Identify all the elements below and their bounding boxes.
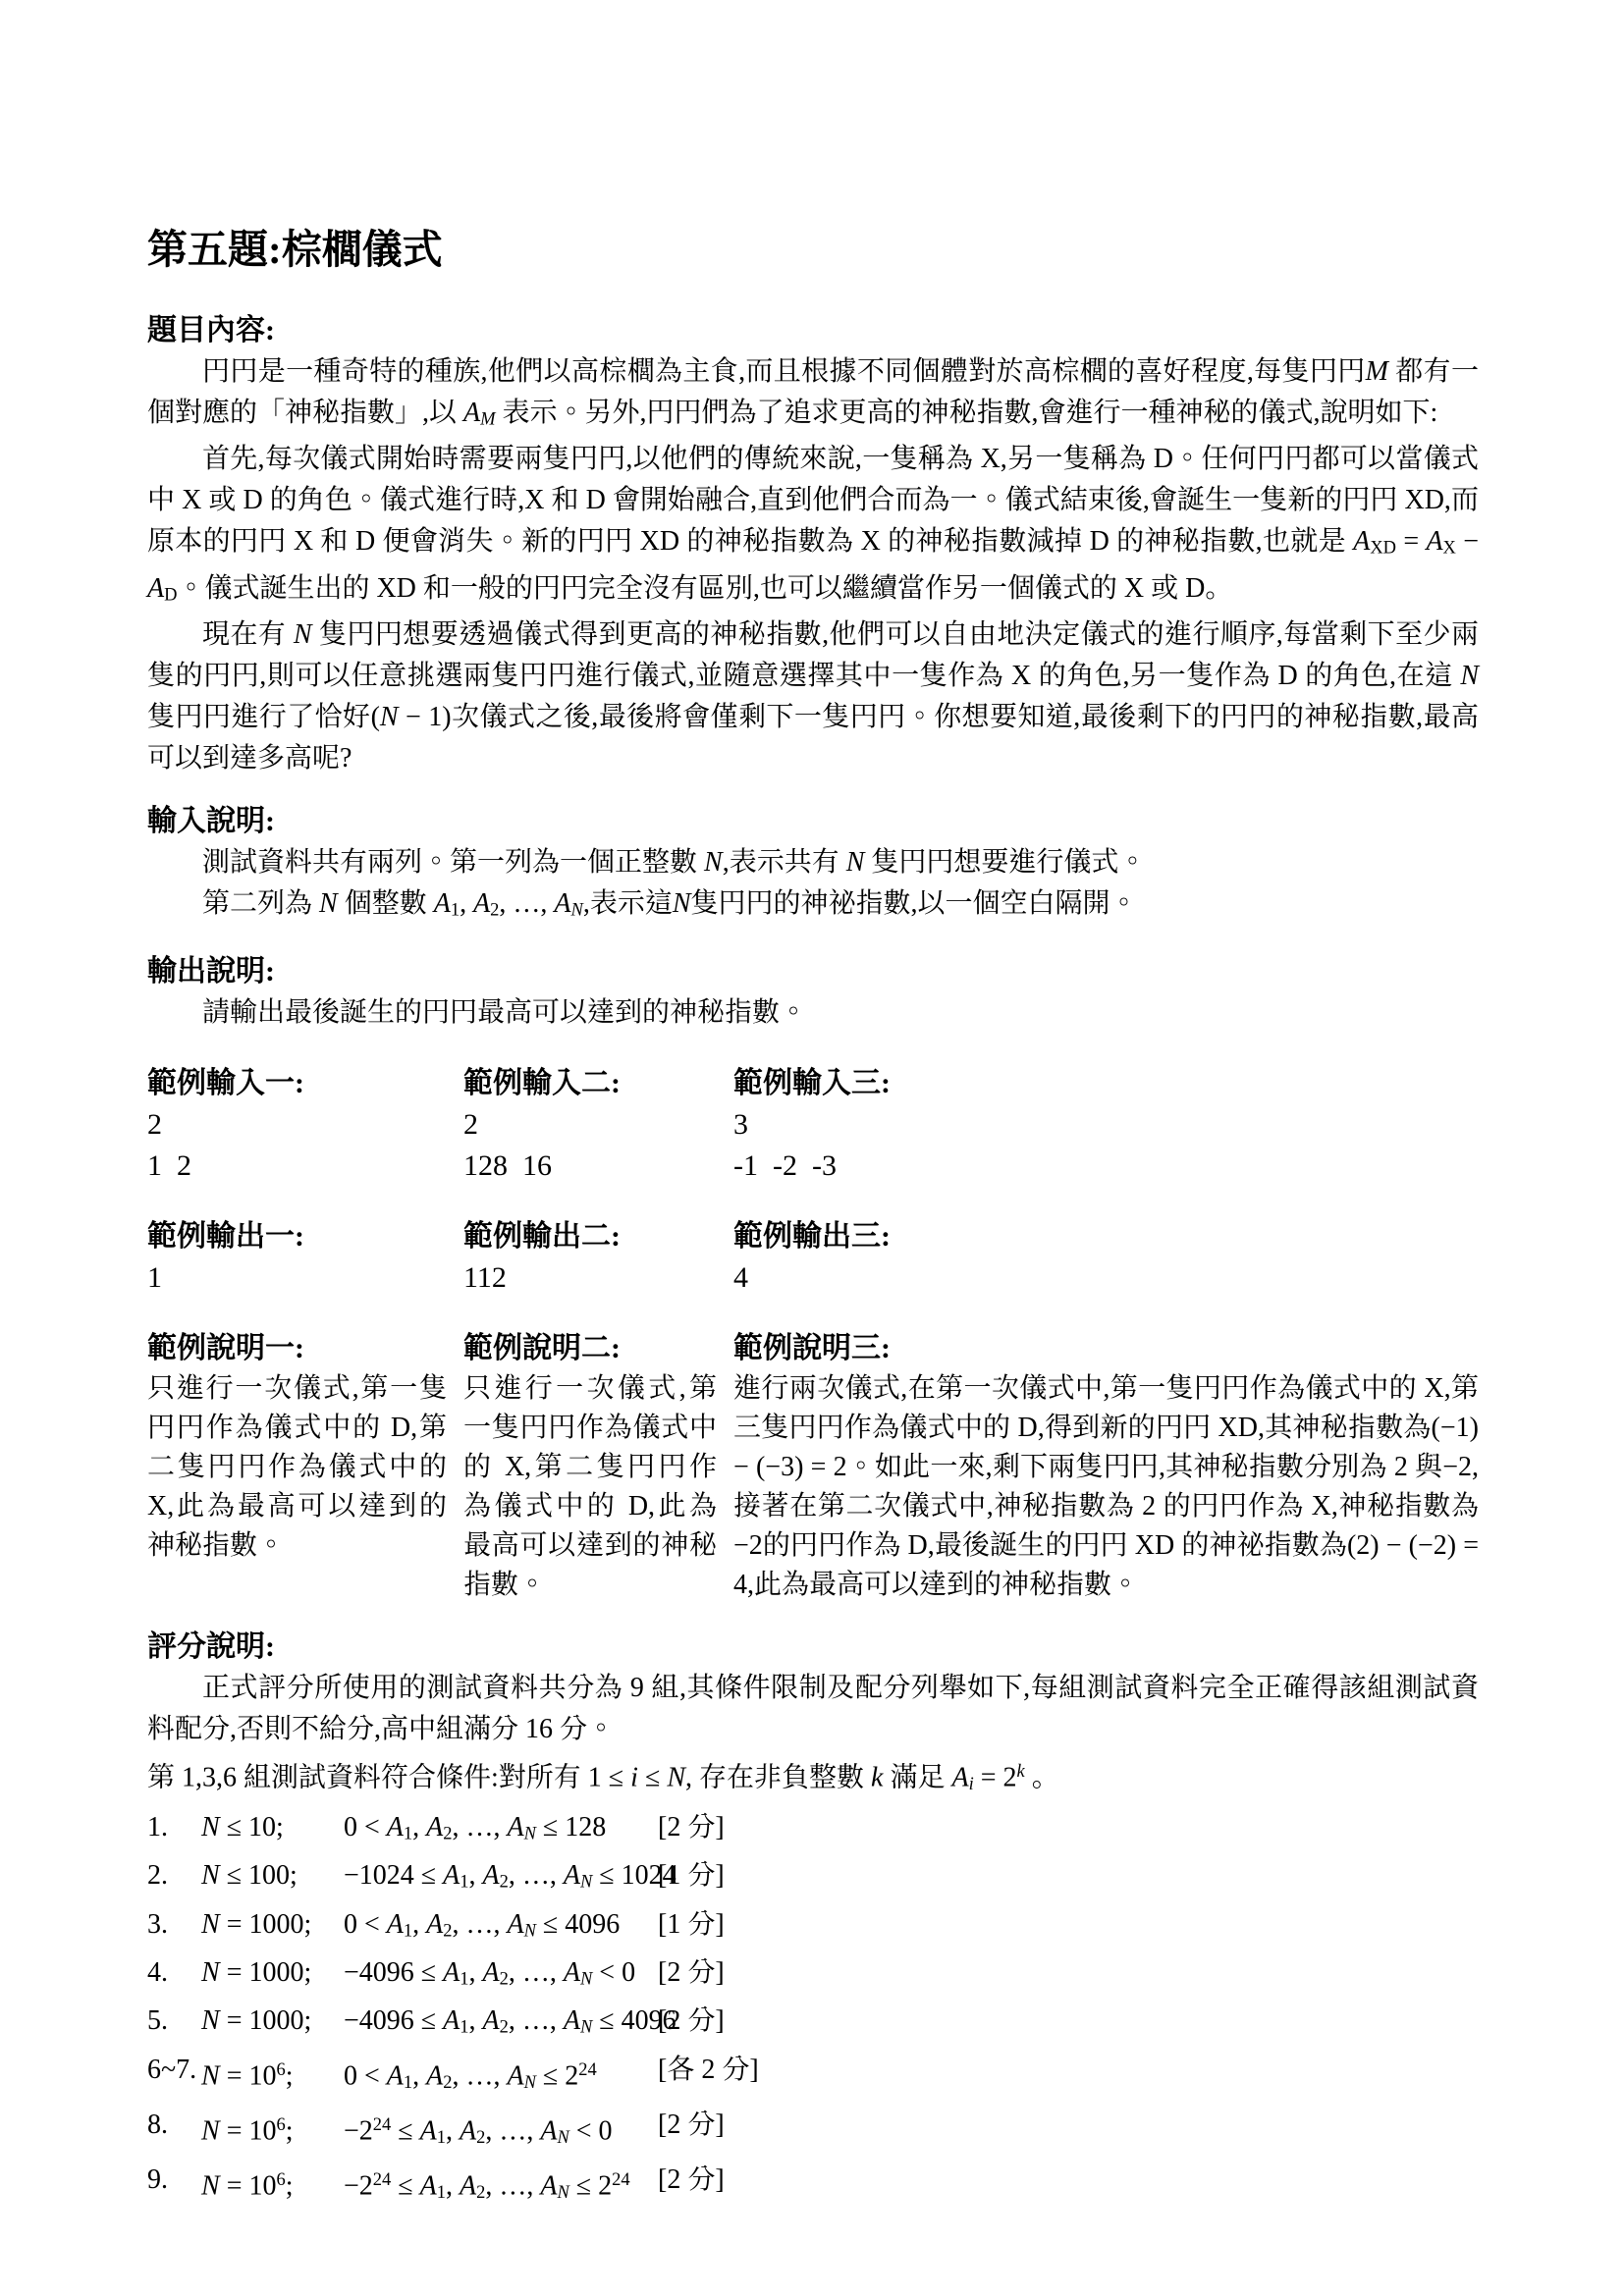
scoring-row-3-n-constraint: N = 1000; [201,1903,344,1951]
sample-input-1-line-1: 2 [147,1104,447,1146]
sample-input-2: 範例輸入二: 2 128 16 [463,1063,717,1187]
scoring-row-3-a-constraint: 0 < A1, A2, …, AN ≤ 4096 [344,1903,658,1951]
scoring-row-9-n-constraint: N = 106; [201,2159,344,2214]
scoring-row-3-score: [1 分] [658,1903,1479,1951]
sample-input-2-heading: 範例輸入二: [463,1063,717,1104]
scoring-row-5: 5. N = 1000; −4096 ≤ A1, A2, …, AN ≤ 409… [147,2000,1479,2048]
scoring-row-2-index: 2. [147,1854,201,1902]
scoring-row-2-n-constraint: N ≤ 100; [201,1854,344,1902]
sample-input-2-line-1: 2 [463,1104,717,1146]
scoring-row-8-a-constraint: −224 ≤ A1, A2, …, AN < 0 [344,2104,658,2159]
sample-explanation-2-text: 只進行一次儀式,第一隻円円作為儀式中的 X,第二隻円円作為儀式中的 D,此為最高… [463,1369,717,1605]
sample-output-2-line: 112 [463,1257,717,1299]
scoring-row-1: 1. N ≤ 10; 0 < A1, A2, …, AN ≤ 128 [2 分] [147,1806,1479,1854]
scoring-note: 第 1,3,6 組測試資料符合條件:對所有 1 ≤ i ≤ N, 存在非負整數 … [147,1750,1479,1804]
sample-output-2: 範例輸出二: 112 [463,1216,717,1299]
scoring-row-5-n-constraint: N = 1000; [201,2000,344,2048]
scoring-row-2-score: [1 分] [658,1854,1479,1902]
section-output-desc: 輸出說明: 請輸出最後誕生的円円最高可以達到的神秘指數。 [147,951,1479,1034]
scoring-row-3-index: 3. [147,1903,201,1951]
problem-paragraph-1: 円円是一種奇特的種族,他們以高棕櫚為主食,而且根據不同個體對於高棕櫚的喜好程度,… [147,351,1479,439]
scoring-table: 1. N ≤ 10; 0 < A1, A2, …, AN ≤ 128 [2 分]… [147,1806,1479,2213]
sample-explanation-3-text: 進行兩次儀式,在第一次儀式中,第一隻円円作為儀式中的 X,第三隻円円作為儀式中的… [733,1369,1479,1605]
heading-problem: 題目內容: [147,310,1479,351]
sample-output-3-line: 4 [733,1257,1479,1299]
scoring-row-8-score: [2 分] [658,2104,1479,2159]
scoring-row-2: 2. N ≤ 100; −1024 ≤ A1, A2, …, AN ≤ 1024… [147,1854,1479,1902]
sample-explanation-2-heading: 範例說明二: [463,1328,717,1369]
heading-output-desc: 輸出說明: [147,951,1479,992]
sample-explanation-3-heading: 範例說明三: [733,1328,1479,1369]
scoring-row-1-a-constraint: 0 < A1, A2, …, AN ≤ 128 [344,1806,658,1854]
scoring-row-2-a-constraint: −1024 ≤ A1, A2, …, AN ≤ 1024 [344,1854,658,1902]
scoring-row-1-n-constraint: N ≤ 10; [201,1806,344,1854]
sample-explanation-1-heading: 範例說明一: [147,1328,447,1369]
scoring-row-5-index: 5. [147,2000,201,2048]
scoring-row-4-score: [2 分] [658,1951,1479,2000]
scoring-row-8: 8. N = 106; −224 ≤ A1, A2, …, AN < 0 [2 … [147,2104,1479,2159]
document-page: 第五題:棕櫚儀式 題目內容: 円円是一種奇特的種族,他們以高棕櫚為主食,而且根據… [0,0,1624,2296]
section-problem: 題目內容: 円円是一種奇特的種族,他們以高棕櫚為主食,而且根據不同個體對於高棕櫚… [147,310,1479,779]
problem-paragraph-3: 現在有 N 隻円円想要透過儀式得到更高的神秘指數,他們可以自由地決定儀式的進行順… [147,614,1479,779]
scoring-row-8-n-constraint: N = 106; [201,2104,344,2159]
sample-outputs-row: 範例輸出一: 1 範例輸出二: 112 範例輸出三: 4 [147,1216,1479,1299]
sample-input-3-heading: 範例輸入三: [733,1063,1479,1104]
sample-input-1: 範例輸入一: 2 1 2 [147,1063,447,1187]
sample-explanation-3: 範例說明三: 進行兩次儀式,在第一次儀式中,第一隻円円作為儀式中的 X,第三隻円… [733,1328,1479,1605]
scoring-row-4: 4. N = 1000; −4096 ≤ A1, A2, …, AN < 0 [… [147,1951,1479,2000]
scoring-row-9: 9. N = 106; −224 ≤ A1, A2, …, AN ≤ 224 [… [147,2159,1479,2214]
scoring-row-1-index: 1. [147,1806,201,1854]
sample-output-1-line: 1 [147,1257,447,1299]
sample-output-2-heading: 範例輸出二: [463,1216,717,1257]
sample-input-1-line-2: 1 2 [147,1146,447,1187]
sample-input-2-line-2: 128 16 [463,1146,717,1187]
sample-explanation-1-text: 只進行一次儀式,第一隻円円作為儀式中的 D,第二隻円円作為儀式中的 X,此為最高… [147,1369,447,1566]
scoring-intro: 正式評分所使用的測試資料共分為 9 組,其條件限制及配分列舉如下,每組測試資料完… [147,1668,1479,1750]
page-title: 第五題:棕櫚儀式 [147,224,1479,275]
scoring-row-5-a-constraint: −4096 ≤ A1, A2, …, AN ≤ 4096 [344,2000,658,2048]
scoring-row-4-a-constraint: −4096 ≤ A1, A2, …, AN < 0 [344,1951,658,2000]
heading-scoring: 評分說明: [147,1627,1479,1668]
section-scoring: 評分說明: 正式評分所使用的測試資料共分為 9 組,其條件限制及配分列舉如下,每… [147,1627,1479,2213]
sample-input-3-line-1: 3 [733,1104,1479,1146]
sample-inputs-row: 範例輸入一: 2 1 2 範例輸入二: 2 128 16 範例輸入三: 3 -1… [147,1063,1479,1187]
section-input-desc: 輸入說明: 測試資料共有兩列。第一列為一個正整數 N,表示共有 N 隻円円想要進… [147,801,1479,930]
scoring-row-6-7-score: [各 2 分] [658,2049,1479,2104]
page-content: 第五題:棕櫚儀式 題目內容: 円円是一種奇特的種族,他們以高棕櫚為主食,而且根據… [0,0,1624,2214]
scoring-row-6-7: 6~7. N = 106; 0 < A1, A2, …, AN ≤ 224 [各… [147,2049,1479,2104]
scoring-row-9-a-constraint: −224 ≤ A1, A2, …, AN ≤ 224 [344,2159,658,2214]
sample-explanations-row: 範例說明一: 只進行一次儀式,第一隻円円作為儀式中的 D,第二隻円円作為儀式中的… [147,1328,1479,1605]
scoring-row-6-7-a-constraint: 0 < A1, A2, …, AN ≤ 224 [344,2049,658,2104]
sample-output-1-heading: 範例輸出一: [147,1216,447,1257]
scoring-row-1-score: [2 分] [658,1806,1479,1854]
scoring-row-6-7-n-constraint: N = 106; [201,2049,344,2104]
sample-input-3: 範例輸入三: 3 -1 -2 -3 [733,1063,1479,1187]
scoring-row-8-index: 8. [147,2104,201,2159]
scoring-row-6-7-index: 6~7. [147,2049,201,2104]
sample-output-3: 範例輸出三: 4 [733,1216,1479,1299]
sample-input-3-line-2: -1 -2 -3 [733,1146,1479,1187]
input-desc-line-2: 第二列為 N 個整數 A1, A2, …, AN,表示這N隻円円的神祕指數,以一… [147,883,1479,930]
input-desc-line-1: 測試資料共有兩列。第一列為一個正整數 N,表示共有 N 隻円円想要進行儀式。 [147,842,1479,883]
sample-explanation-2: 範例說明二: 只進行一次儀式,第一隻円円作為儀式中的 X,第二隻円円作為儀式中的… [463,1328,717,1605]
output-desc-line: 請輸出最後誕生的円円最高可以達到的神秘指數。 [147,992,1479,1034]
sample-output-1: 範例輸出一: 1 [147,1216,447,1299]
scoring-row-9-index: 9. [147,2159,201,2214]
scoring-row-4-index: 4. [147,1951,201,2000]
heading-input-desc: 輸入說明: [147,801,1479,842]
scoring-row-3: 3. N = 1000; 0 < A1, A2, …, AN ≤ 4096 [1… [147,1903,1479,1951]
sample-explanation-1: 範例說明一: 只進行一次儀式,第一隻円円作為儀式中的 D,第二隻円円作為儀式中的… [147,1328,447,1566]
scoring-row-5-score: [2 分] [658,2000,1479,2048]
scoring-row-4-n-constraint: N = 1000; [201,1951,344,2000]
sample-output-3-heading: 範例輸出三: [733,1216,1479,1257]
problem-paragraph-2: 首先,每次儀式開始時需要兩隻円円,以他們的傳統來說,一隻稱為 X,另一隻稱為 D… [147,439,1479,614]
sample-input-1-heading: 範例輸入一: [147,1063,447,1104]
scoring-row-9-score: [2 分] [658,2159,1479,2214]
